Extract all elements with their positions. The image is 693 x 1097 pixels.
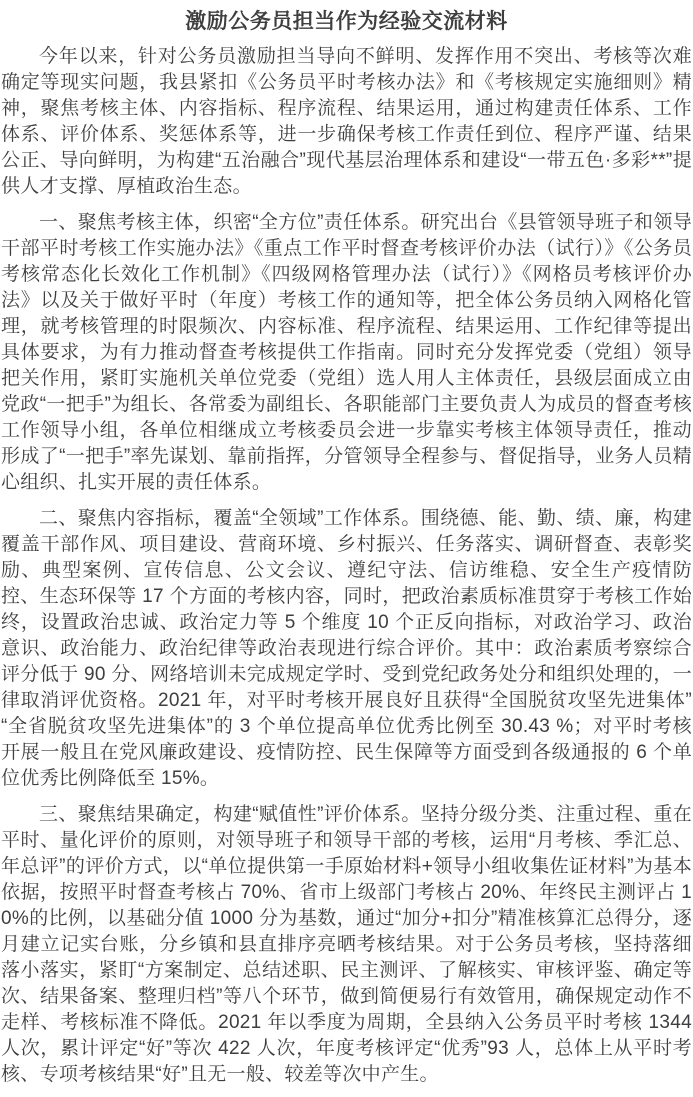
- document-page: 激励公务员担当作为经验交流材料 今年以来，针对公务员激励担当导向不鲜明、发挥作用…: [0, 0, 693, 1088]
- paragraph-intro: 今年以来，针对公务员激励担当导向不鲜明、发挥作用不突出、考核等次难确定等现实问题…: [1, 44, 692, 200]
- paragraph-section-1: 一、聚焦考核主体，织密“全方位”责任体系。研究出台《县管领导班子和领导干部平时考…: [1, 210, 692, 496]
- paragraph-section-2: 二、聚焦内容指标，覆盖“全领域”工作体系。围绕德、能、勤、绩、廉，构建覆盖干部作…: [1, 506, 692, 792]
- paragraph-section-3: 三、聚焦结果确定，构建“赋值性”评价体系。坚持分级分类、注重过程、重在平时、量化…: [1, 802, 692, 1088]
- document-title: 激励公务员担当作为经验交流材料: [1, 8, 692, 36]
